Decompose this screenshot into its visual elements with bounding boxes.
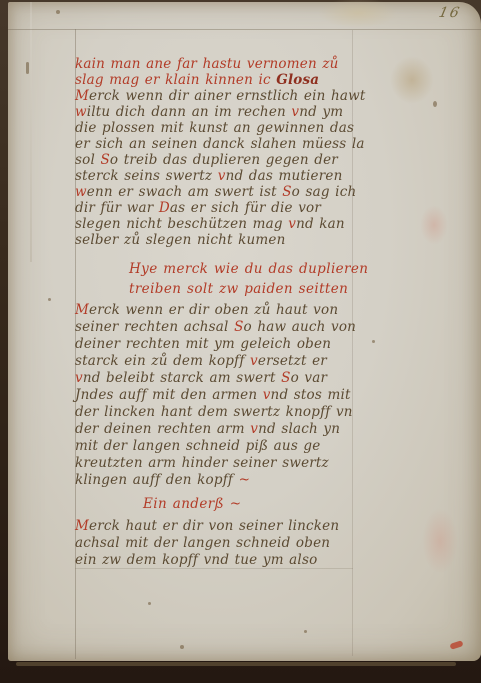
ink-segment: starck ein zů dem kopff bbox=[75, 353, 250, 369]
ink-segment: S bbox=[282, 184, 291, 200]
text-line: deiner rechten mit ym geleich oben bbox=[75, 336, 377, 353]
ink-segment: nd ym bbox=[299, 104, 343, 120]
text-line: Merck wenn dir ainer ernstlich ein hawt bbox=[75, 88, 377, 104]
text-line: slegen nicht beschützen mag vnd kan bbox=[75, 216, 377, 232]
ink-speck bbox=[26, 62, 29, 74]
text-line: achsal mit der langen schneid oben bbox=[75, 535, 377, 552]
ink-segment: as er sich für die vor bbox=[170, 200, 321, 216]
ink-segment: iltu dich dann an im rechen bbox=[87, 104, 292, 120]
ink-segment: nd slach yn bbox=[258, 421, 340, 437]
ink-speck bbox=[148, 602, 151, 605]
text-line: ein zw dem kopff vnd tue ym also bbox=[75, 552, 377, 569]
text-line: sterck seins swertz vnd das mutieren bbox=[75, 168, 377, 184]
text-line: Merck wenn er dir oben zů haut von bbox=[75, 302, 377, 319]
ink-segment: kreutzten arm hinder seiner swertz bbox=[75, 455, 329, 471]
parchment-stain bbox=[390, 56, 434, 104]
ink-segment: dir für war bbox=[75, 200, 159, 216]
red-ink-mark bbox=[449, 640, 463, 650]
ink-segment: v bbox=[75, 370, 83, 386]
ink-segment: treiben solt zw paiden seitten bbox=[129, 281, 348, 297]
text-line: seiner rechten achsal So haw auch von bbox=[75, 319, 377, 336]
ink-segment: ersetzt er bbox=[258, 353, 327, 369]
text-line: Jndes auff mit den armen vnd stos mit bbox=[75, 387, 377, 404]
ink-segment: seiner rechten achsal bbox=[75, 319, 234, 335]
ink-segment: o haw auch von bbox=[244, 319, 357, 335]
text-line: starck ein zů dem kopff versetzt er bbox=[75, 353, 377, 370]
text-column: kain man ane far hastu vernomen zůslag m… bbox=[75, 56, 377, 569]
ink-segment: selber zů slegen nicht kumen bbox=[75, 232, 286, 248]
duplieren-heading: Hye merck wie du das duplierentreiben so… bbox=[75, 260, 377, 299]
text-line: Merck haut er dir von seiner lincken bbox=[75, 518, 377, 535]
ink-speck bbox=[48, 298, 51, 301]
ink-segment: Ein anderß ~ bbox=[143, 496, 241, 512]
ink-segment: o var bbox=[291, 370, 328, 386]
text-line: der lincken hant dem swertz knopff vn bbox=[75, 404, 377, 421]
text-line: kreutzten arm hinder seiner swertz bbox=[75, 455, 377, 472]
ink-segment: erck wenn dir ainer ernstlich ein hawt bbox=[89, 88, 366, 104]
text-line: er sich an seinen danck slahen müess la bbox=[75, 136, 377, 152]
ink-segment: nd stos mit bbox=[271, 387, 351, 403]
red-ink-bleedthrough bbox=[420, 205, 448, 245]
text-line: mit der langen schneid piß aus ge bbox=[75, 438, 377, 455]
ink-segment: mit der langen schneid piß aus ge bbox=[75, 438, 320, 454]
ink-segment: deiner rechten mit ym geleich oben bbox=[75, 336, 331, 352]
manuscript-page: 16 kain man ane far hastu vernomen zůsla… bbox=[8, 2, 481, 661]
ink-speck bbox=[433, 101, 437, 107]
ink-segment: M bbox=[75, 88, 89, 104]
ink-segment: der deinen rechten arm bbox=[75, 421, 250, 437]
duplieren-gloss: Merck wenn er dir oben zů haut vonseiner… bbox=[75, 302, 377, 489]
ink-segment: v bbox=[250, 421, 258, 437]
ink-segment: M bbox=[75, 518, 89, 534]
ink-segment: v bbox=[263, 387, 271, 403]
ink-segment: o sag ich bbox=[292, 184, 357, 200]
ein-anders-heading: Ein anderß ~ bbox=[75, 495, 377, 514]
ink-segment: S bbox=[100, 152, 109, 168]
ink-segment: v bbox=[288, 216, 296, 232]
ink-segment: klingen auff den kopff bbox=[75, 472, 239, 488]
text-line: vnd beleibt starck am swert So var bbox=[75, 370, 377, 387]
ein-anders-gloss: Merck haut er dir von seiner linckenachs… bbox=[75, 518, 377, 569]
ink-segment: Glosa bbox=[276, 72, 319, 88]
ink-segment: slegen nicht beschützen mag bbox=[75, 216, 288, 232]
text-line: klingen auff den kopff ~ bbox=[75, 472, 377, 489]
ink-segment: M bbox=[75, 302, 89, 318]
ink-segment: S bbox=[281, 370, 290, 386]
ink-segment: sol bbox=[75, 152, 100, 168]
parchment-stain bbox=[318, 0, 398, 28]
ink-segment: sterck seins swertz bbox=[75, 168, 218, 184]
text-line: sol So treib das duplieren gegen der bbox=[75, 152, 377, 168]
ink-segment: nd das mutieren bbox=[226, 168, 343, 184]
ink-segment: kain man ane far hastu vernomen zů bbox=[75, 56, 339, 72]
photo-frame: 16 kain man ane far hastu vernomen zůsla… bbox=[0, 0, 481, 683]
text-line: Ein anderß ~ bbox=[143, 495, 377, 514]
text-line: wiltu dich dann an im rechen vnd ym bbox=[75, 104, 377, 120]
ink-segment: er sich an seinen danck slahen müess la bbox=[75, 136, 365, 152]
ink-segment: Hye merck wie du das duplieren bbox=[129, 261, 368, 277]
text-line: kain man ane far hastu vernomen zů bbox=[75, 56, 377, 72]
text-line: slag mag er klain kinnen ic Glosa bbox=[75, 72, 377, 88]
red-ink-bleedthrough bbox=[422, 508, 458, 574]
text-line: selber zů slegen nicht kumen bbox=[75, 232, 377, 248]
ink-segment: Jndes auff mit den armen bbox=[75, 387, 263, 403]
ink-segment: w bbox=[75, 104, 87, 120]
parchment-crease bbox=[30, 2, 32, 262]
ink-segment: S bbox=[234, 319, 243, 335]
ruling-line-top bbox=[8, 29, 481, 30]
verse-and-first-gloss: kain man ane far hastu vernomen zůslag m… bbox=[75, 56, 377, 248]
ink-segment: nd beleibt starck am swert bbox=[83, 370, 281, 386]
text-line: die plossen mit kunst an gewinnen das bbox=[75, 120, 377, 136]
ink-segment: D bbox=[159, 200, 170, 216]
text-line: treiben solt zw paiden seitten bbox=[129, 280, 377, 300]
ink-segment: erck haut er dir von seiner lincken bbox=[89, 518, 339, 534]
text-line: wenn er swach am swert ist So sag ich bbox=[75, 184, 377, 200]
ink-segment: erck wenn er dir oben zů haut von bbox=[89, 302, 338, 318]
folio-number: 16 bbox=[437, 5, 462, 21]
ink-segment: ein zw dem kopff vnd tue ym also bbox=[75, 552, 317, 568]
page-under-edge bbox=[16, 662, 456, 666]
ink-speck bbox=[56, 10, 60, 14]
ink-speck bbox=[180, 645, 184, 649]
ink-speck bbox=[304, 630, 307, 633]
ink-segment: achsal mit der langen schneid oben bbox=[75, 535, 330, 551]
text-line: dir für war Das er sich für die vor bbox=[75, 200, 377, 216]
ink-segment: v bbox=[250, 353, 258, 369]
text-line: der deinen rechten arm vnd slach yn bbox=[75, 421, 377, 438]
ink-segment: enn er swach am swert ist bbox=[87, 184, 282, 200]
ink-segment: ~ bbox=[239, 472, 251, 488]
ink-segment: slag mag er klain kinnen ic bbox=[75, 72, 276, 88]
ink-segment: die plossen mit kunst an gewinnen das bbox=[75, 120, 354, 136]
ink-segment: v bbox=[218, 168, 226, 184]
ink-segment: w bbox=[75, 184, 87, 200]
ink-segment: nd kan bbox=[296, 216, 345, 232]
text-line: Hye merck wie du das duplieren bbox=[129, 260, 377, 280]
ink-segment: o treib das duplieren gegen der bbox=[110, 152, 338, 168]
ink-segment: der lincken hant dem swertz knopff vn bbox=[75, 404, 353, 420]
